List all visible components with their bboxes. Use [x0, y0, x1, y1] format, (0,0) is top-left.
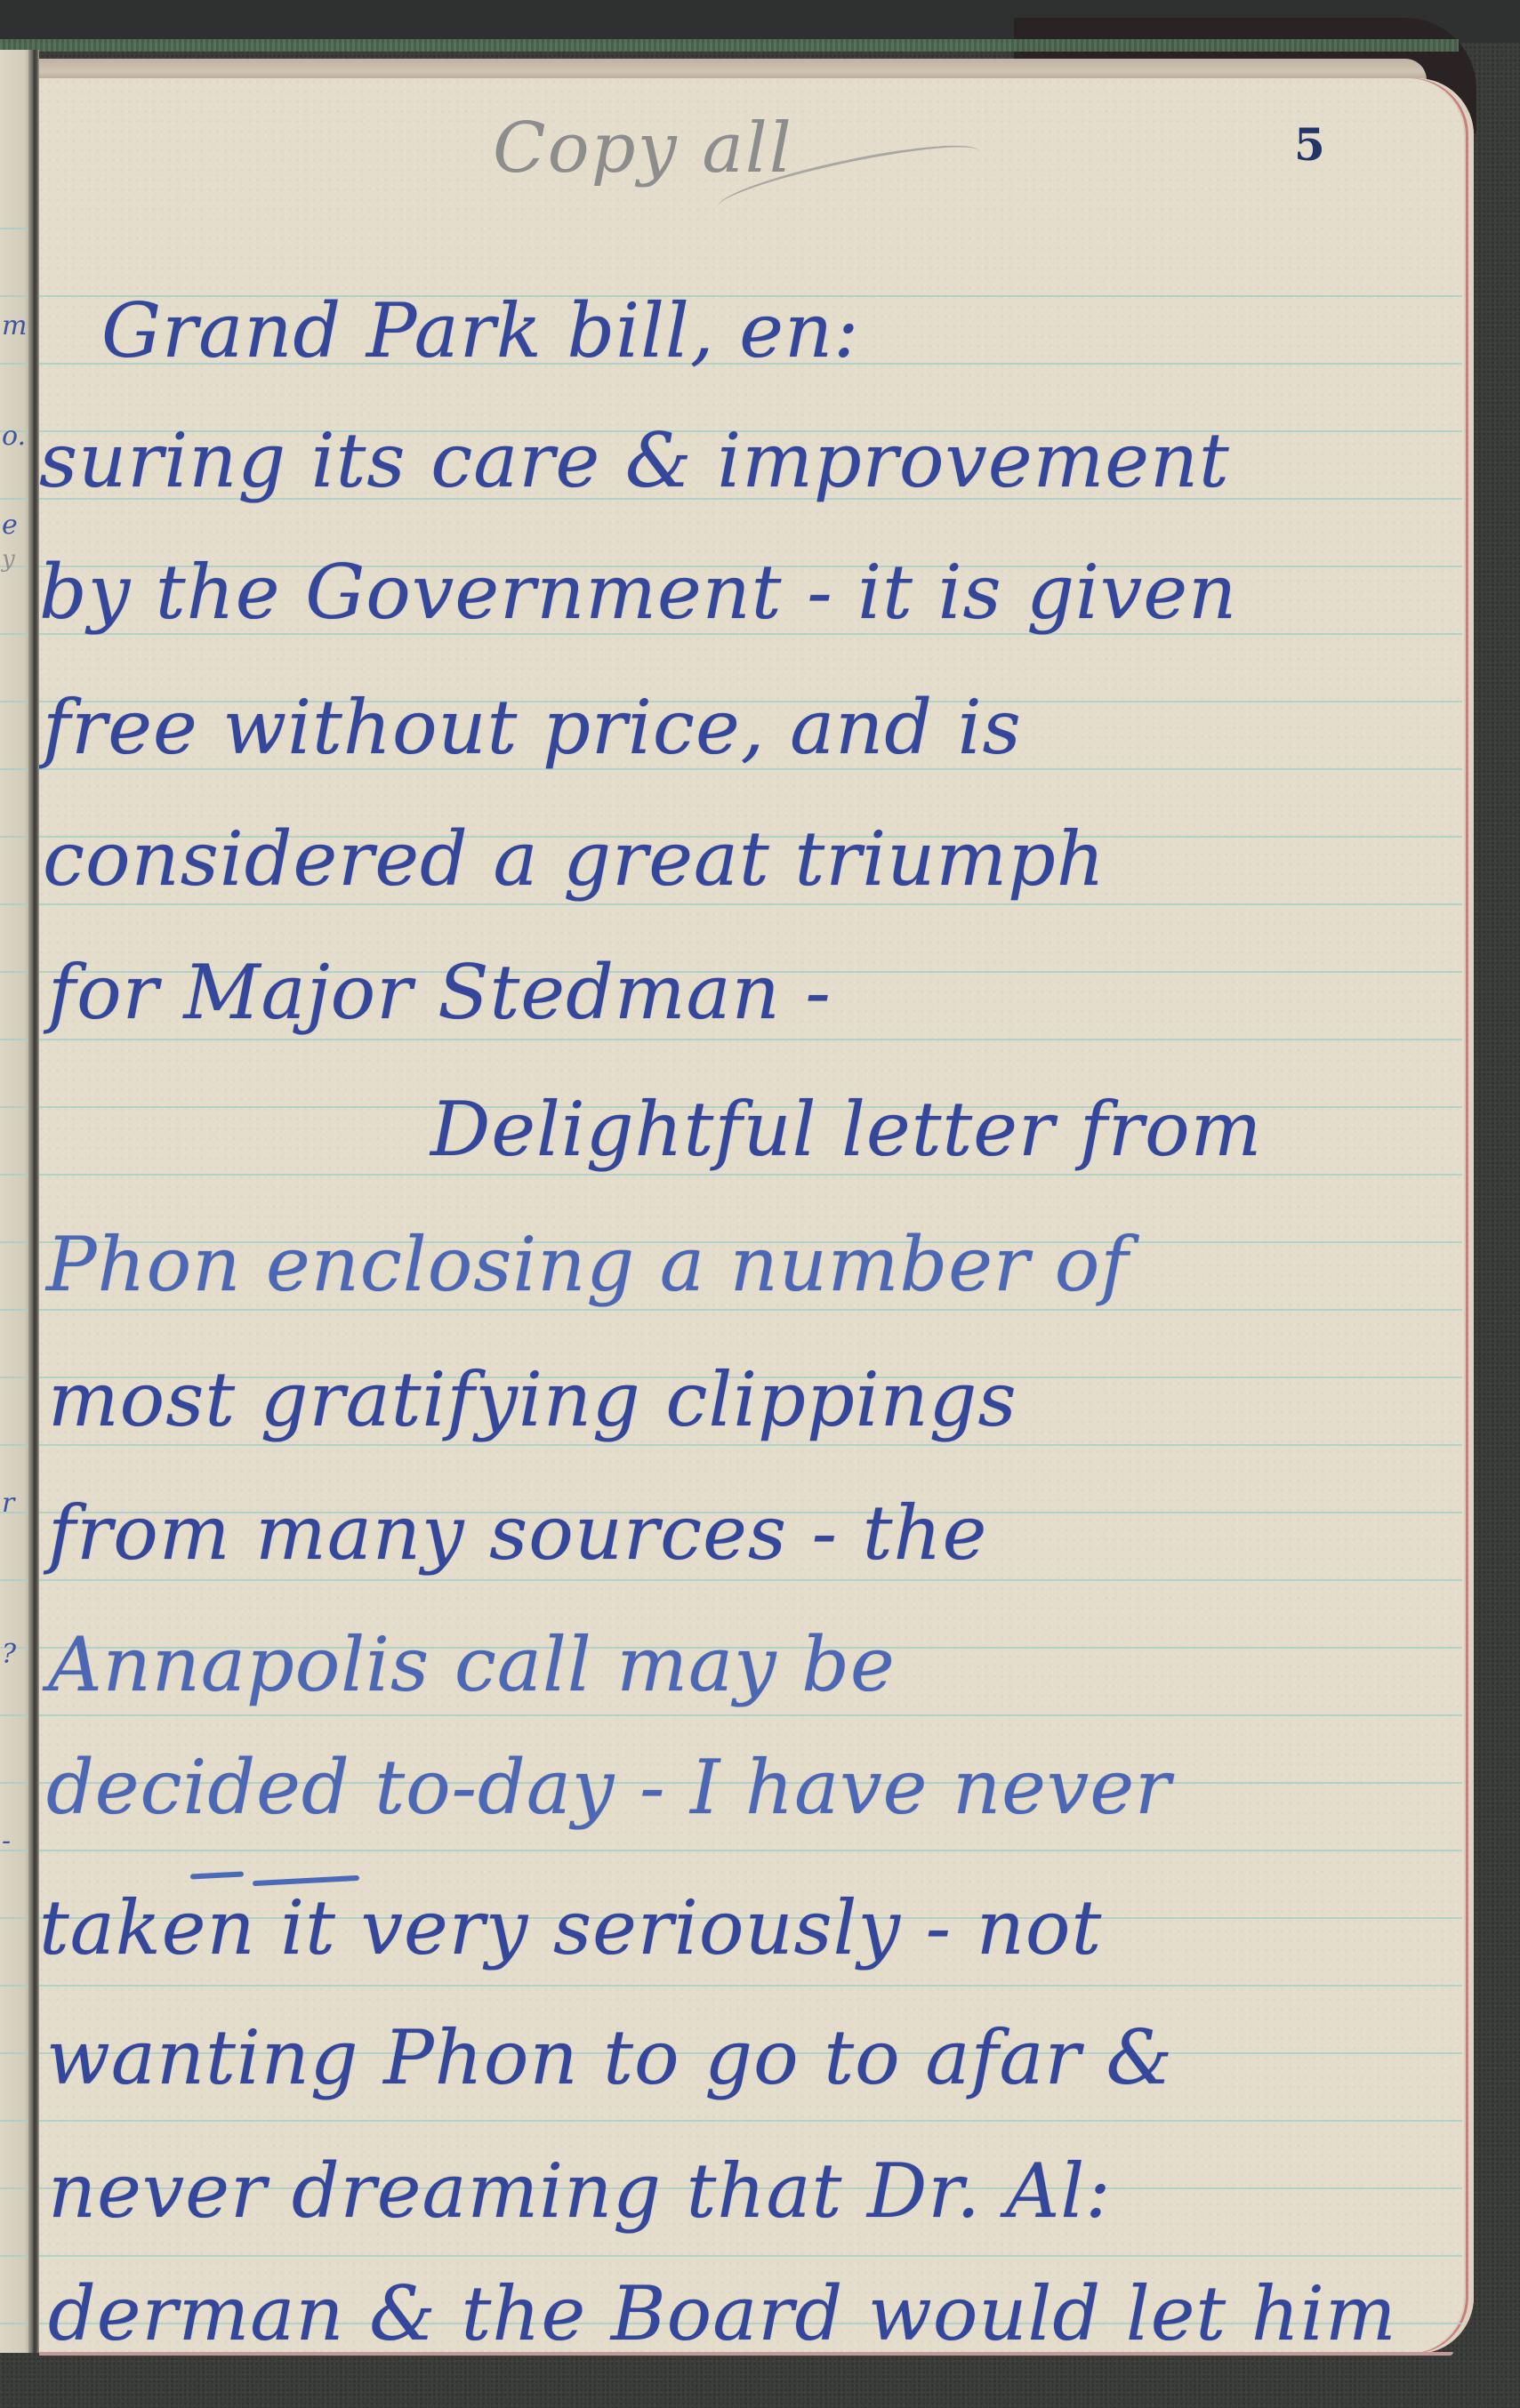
handwritten-line: Grand Park bill, en:	[101, 293, 859, 368]
ruled-line	[0, 1917, 30, 1919]
ruled-line	[39, 1039, 1462, 1040]
handwritten-line: Phon enclosing a number of	[46, 1227, 1129, 1302]
ruled-line	[0, 1039, 30, 1040]
pencil-annotation: Copy all	[493, 114, 793, 183]
ruled-line	[0, 1174, 30, 1176]
ruled-line	[39, 1850, 1462, 1851]
handwritten-line: taken it very seriously - not	[39, 1890, 1102, 1965]
ruled-line	[0, 701, 30, 702]
handwritten-line: suring its care & improvement	[39, 423, 1230, 498]
ruled-line	[0, 1241, 30, 1243]
handwritten-line: considered a great triumph	[43, 822, 1106, 896]
left-page-fragment: m o. e y r ? -	[0, 50, 30, 2353]
handwritten-line: never dreaming that Dr. Al:	[48, 2154, 1112, 2228]
handwritten-line: for Major Stedman -	[48, 955, 832, 1030]
ruled-line	[39, 903, 1462, 905]
left-page-text-fragment: o.	[2, 423, 26, 450]
page-number: 5	[1294, 123, 1325, 167]
ruled-line	[39, 1444, 1462, 1446]
ruled-line	[39, 1579, 1462, 1581]
ruled-line	[0, 2052, 30, 2054]
ruled-line	[0, 971, 30, 973]
ruled-line	[0, 1985, 30, 1987]
book-gutter	[28, 50, 39, 2353]
handwritten-line: free without price, and is	[43, 690, 1022, 765]
cover-binding-edge	[0, 39, 1459, 52]
ruled-line	[39, 2120, 1462, 2122]
handwritten-line: Annapolis call may be	[48, 1627, 896, 1702]
ruled-line	[0, 1579, 30, 1581]
handwritten-line: Delightful letter from	[430, 1092, 1262, 1167]
left-page-pencil-fragment: y	[2, 548, 15, 571]
page-top-edge	[39, 59, 1427, 80]
ruled-line	[39, 1714, 1462, 1716]
handwritten-line: by the Government - it is given	[39, 555, 1237, 630]
journal-page: Copy all 5 Grand Park bill, en: suring i…	[39, 78, 1474, 2354]
ruled-line	[0, 228, 30, 229]
ruled-line	[0, 2120, 30, 2122]
ruled-line	[0, 633, 30, 635]
ruled-line	[0, 363, 30, 365]
ruled-line	[0, 768, 30, 770]
left-page-text-fragment: ?	[2, 1641, 16, 1668]
page-bottom-edge	[39, 2352, 1453, 2356]
ruled-line	[0, 903, 30, 905]
left-page-text-fragment: -	[2, 1828, 11, 1855]
ruled-line	[0, 498, 30, 500]
ruled-line	[0, 2187, 30, 2189]
handwritten-line: wanting Phon to go to afar &	[46, 2020, 1173, 2095]
ruled-line	[39, 1309, 1462, 1311]
ruled-line	[0, 2323, 30, 2324]
ruled-line	[0, 1309, 30, 1311]
ruled-line	[0, 1444, 30, 1446]
ruled-line	[39, 2255, 1462, 2257]
left-page-text-fragment: m	[2, 313, 27, 340]
handwritten-line: derman & the Board would let him	[48, 2276, 1396, 2351]
ruled-line	[0, 1106, 30, 1108]
handwritten-line: from many sources - the	[48, 1496, 987, 1570]
ruled-line	[0, 2255, 30, 2257]
ruled-line	[0, 1714, 30, 1716]
ruled-line	[39, 1174, 1462, 1176]
ruled-line	[0, 836, 30, 838]
left-page-text-fragment: e	[2, 512, 18, 539]
handwritten-line: most gratifying clippings	[48, 1362, 1017, 1437]
ruled-line	[0, 1377, 30, 1378]
ruled-line	[0, 1782, 30, 1784]
handwritten-line: decided to-day - I have never	[46, 1750, 1171, 1825]
ruled-line	[0, 295, 30, 297]
ruled-line	[39, 1985, 1462, 1987]
left-page-text-fragment: r	[2, 1490, 14, 1517]
